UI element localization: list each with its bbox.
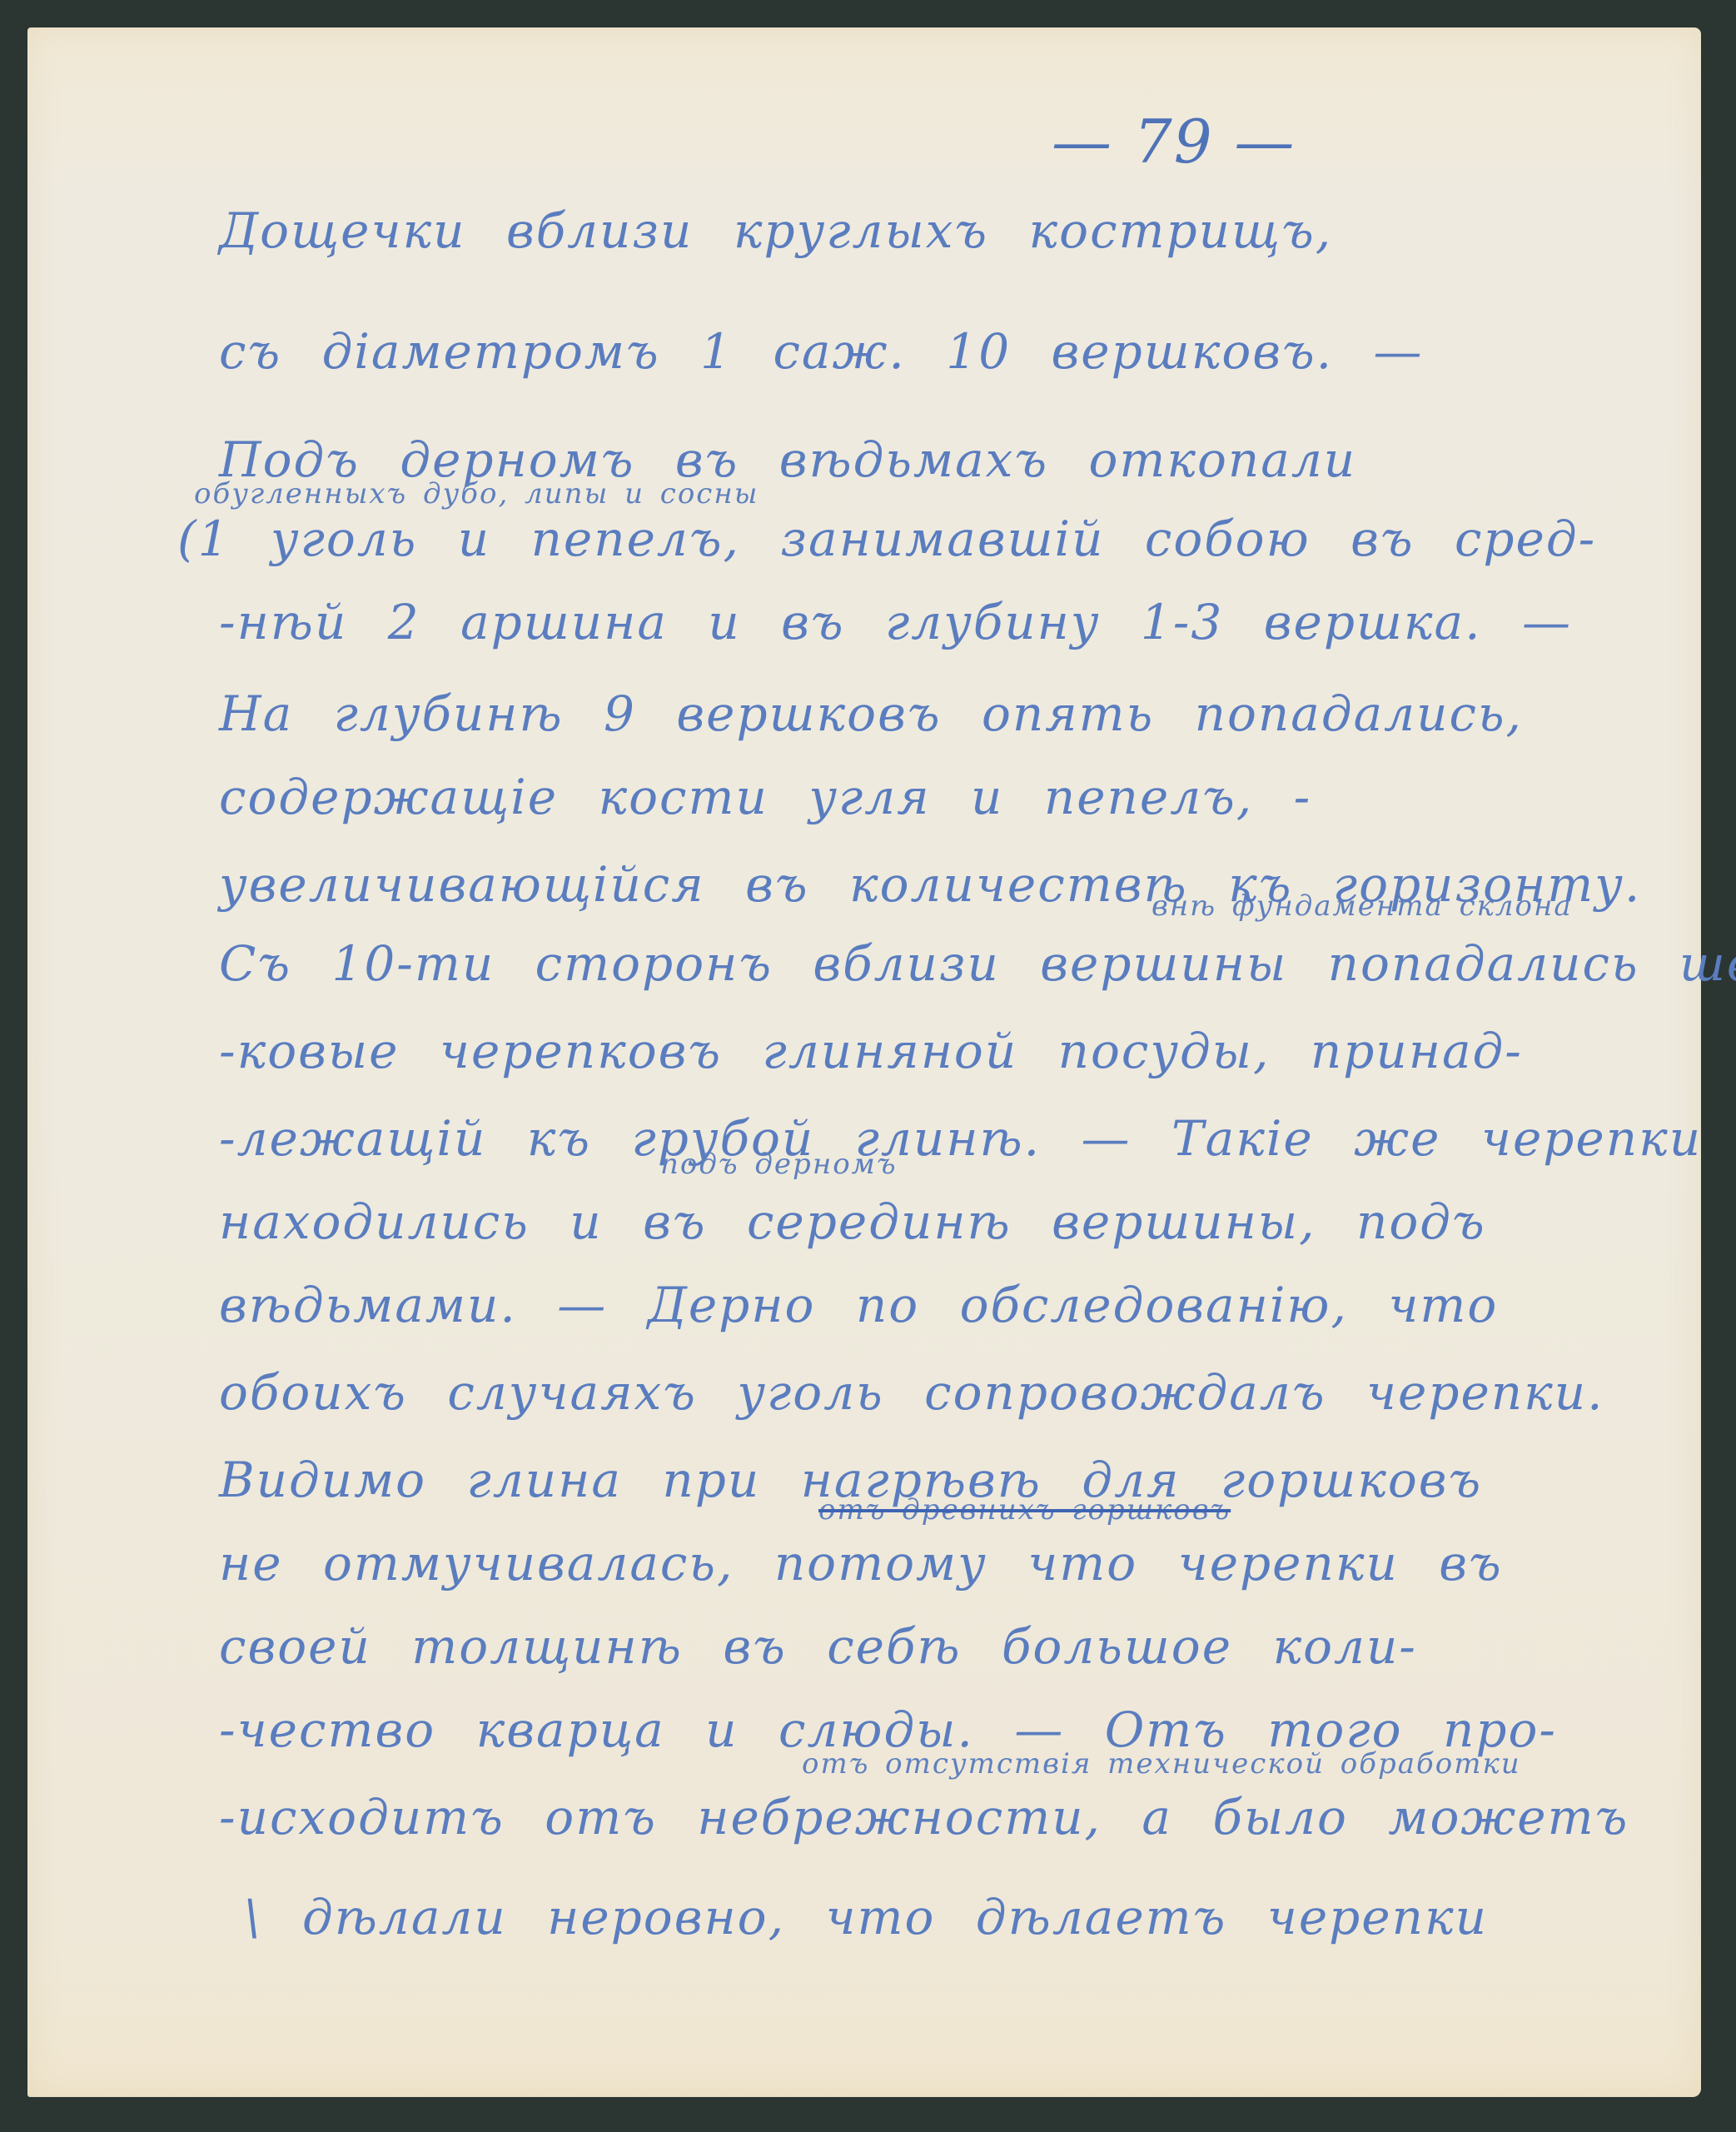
page-number: — 79 — <box>1052 107 1296 177</box>
insertion-line-12: подъ дерномъ <box>660 1148 898 1181</box>
manuscript-page: — 79 — Дощечки вблизи круглыхъ кострищъ,… <box>27 27 1701 2097</box>
insertion-line-19: отъ отсутствія технической обработки <box>802 1747 1521 1781</box>
manuscript-line-6: На глубинѣ 9 вершковъ опять попадались, <box>219 685 1718 742</box>
manuscript-line-4: (1 уголь и пепелъ, занимавшій собою въ с… <box>177 511 1676 567</box>
manuscript-line-10: -ковые черепковъ глиняной посуды, принад… <box>219 1023 1718 1079</box>
manuscript-line-11: -лежащій къ грубой глинѣ. — Такіе же чер… <box>219 1110 1718 1167</box>
manuscript-line-16: не отмучивалась, потому что черепки въ <box>219 1535 1718 1592</box>
manuscript-line-9: Съ 10-ти сторонъ вблизи вершины попадали… <box>219 935 1718 992</box>
manuscript-line-12: находились и въ серединѣ вершины, подъ <box>219 1193 1718 1250</box>
manuscript-line-20: \ дѣлали неровно, что дѣлаетъ черепки <box>244 1889 1736 1945</box>
insertion-line-9: внѣ фундамента склона <box>1152 889 1573 923</box>
manuscript-line-1: Дощечки вблизи круглыхъ кострищъ, <box>219 202 1718 259</box>
struck-insertion-line-16: отъ древнихъ горшковъ <box>818 1493 1231 1527</box>
margin-insertion-1: обугленныхъ дубо, липы и сосны <box>194 477 759 511</box>
manuscript-line-2: съ діаметромъ 1 саж. 10 вершковъ. — <box>219 323 1718 380</box>
manuscript-line-14: обоихъ случаяхъ уголь сопровождалъ череп… <box>219 1364 1718 1421</box>
manuscript-line-7: содержащіе кости угля и пепелъ, - <box>219 769 1718 825</box>
manuscript-line-13: вѣдьмами. — Дерно по обследованію, что <box>219 1277 1718 1333</box>
manuscript-line-5: -нѣй 2 аршина и въ глубину 1-3 вершка. — <box>219 594 1718 650</box>
manuscript-line-17: своей толщинѣ въ себѣ большое коли- <box>219 1618 1718 1675</box>
manuscript-line-19: -исходитъ отъ небрежности, а было можетъ <box>219 1789 1718 1846</box>
